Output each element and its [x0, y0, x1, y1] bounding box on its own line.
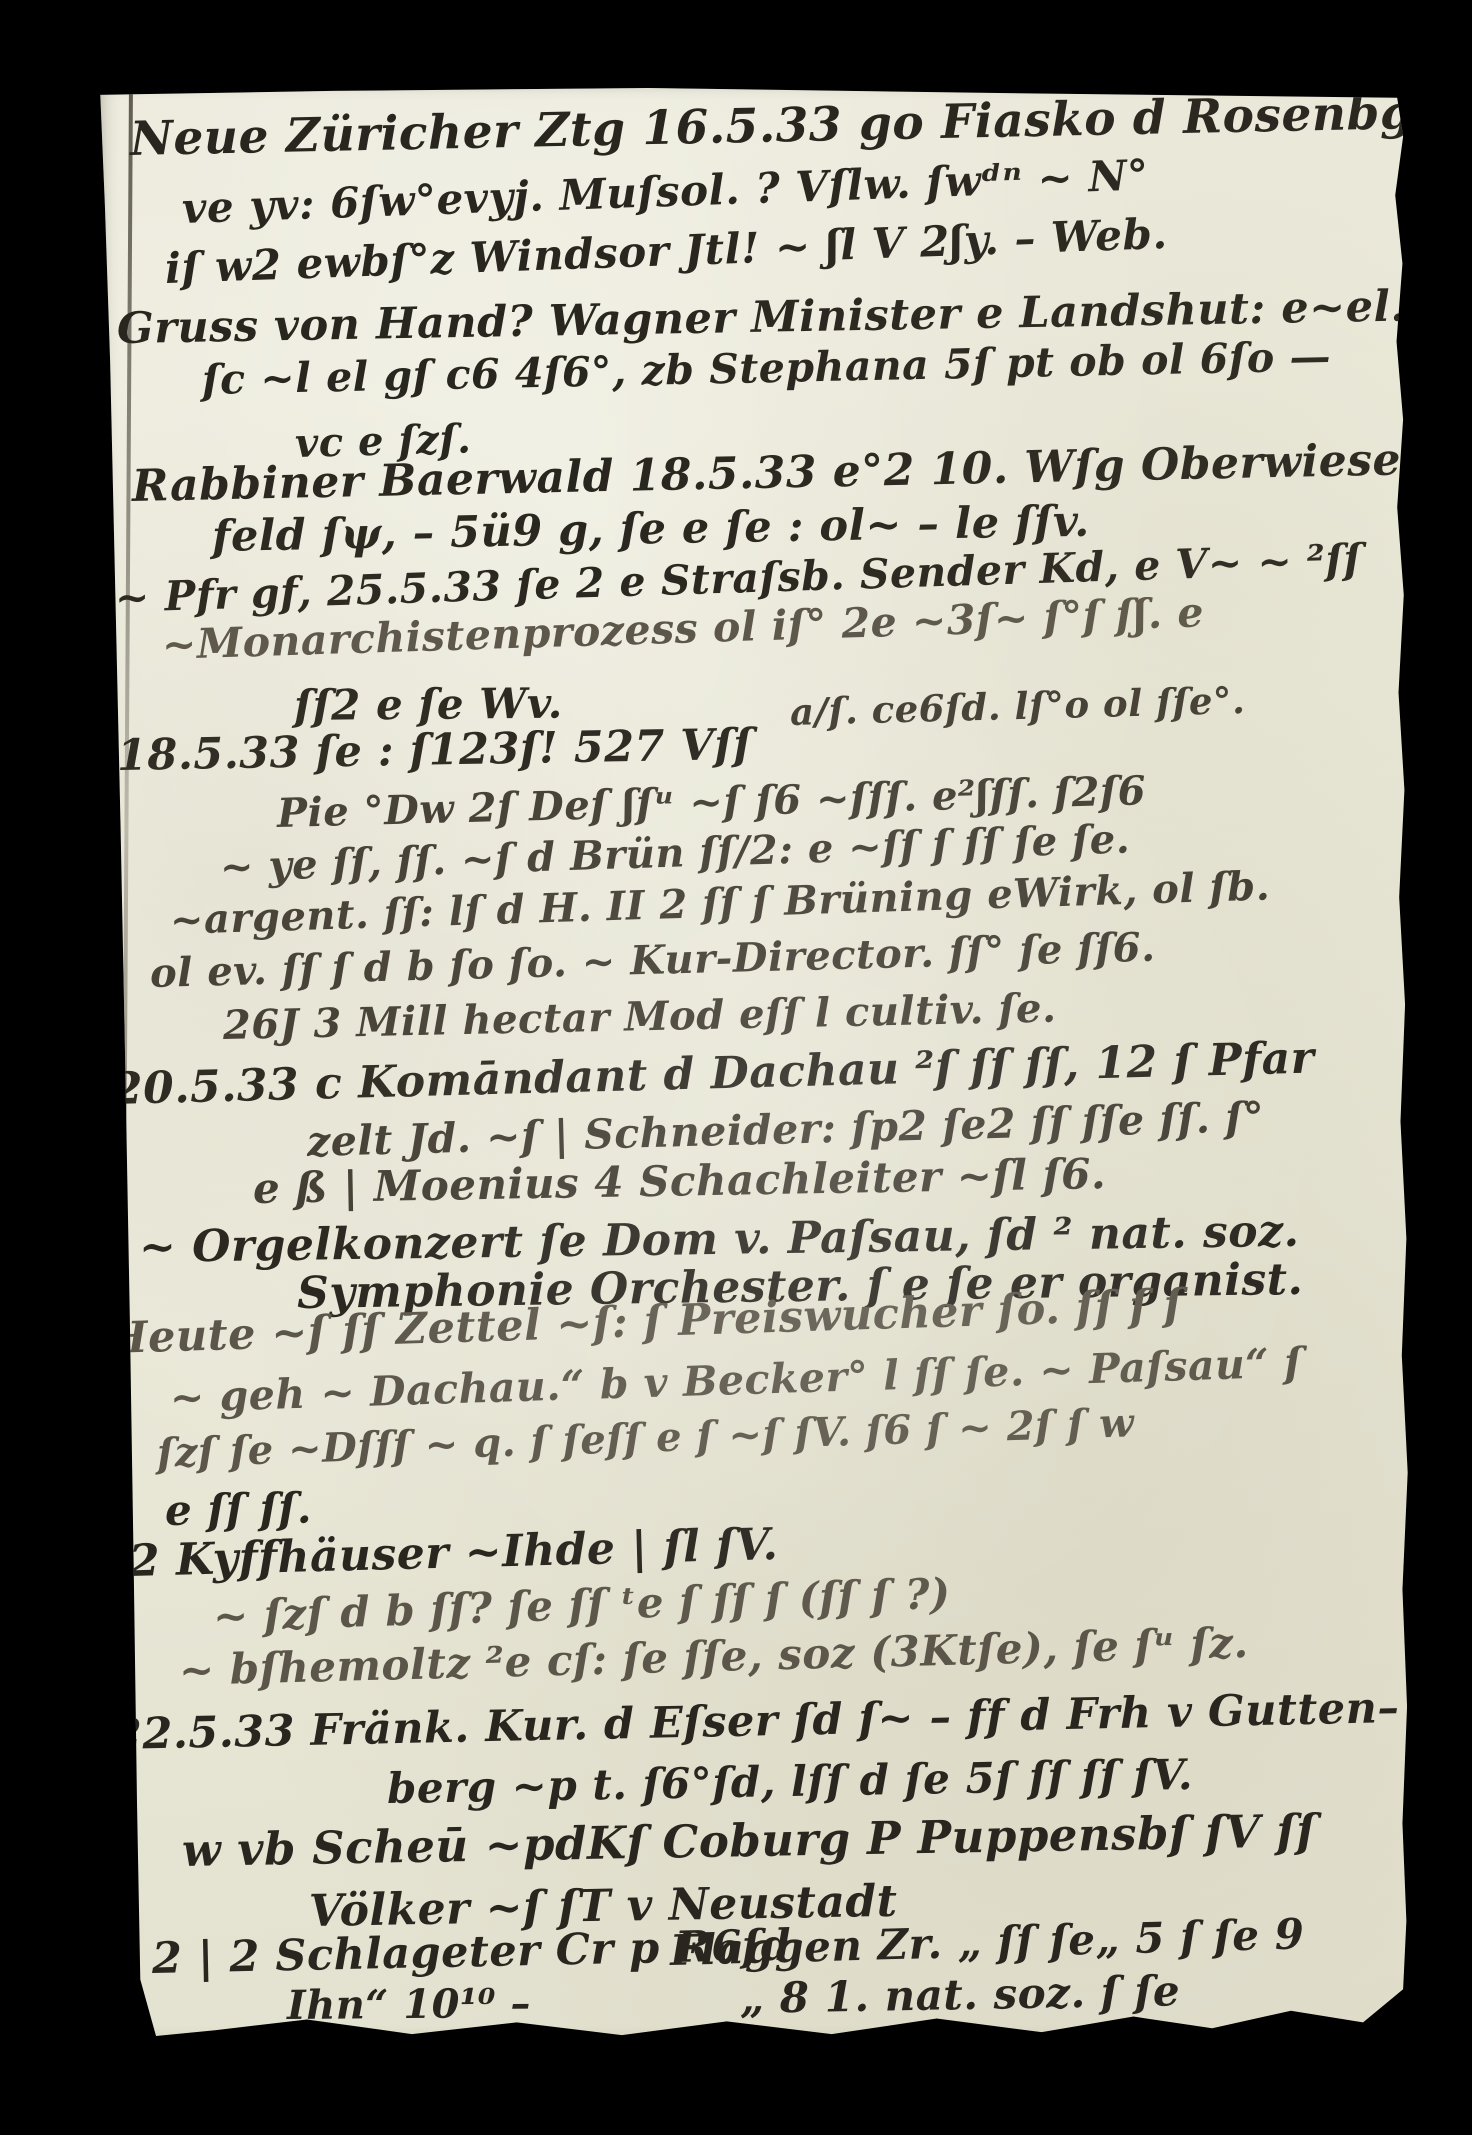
handwritten-line-27: e ſſ ſſ.	[165, 1487, 313, 1532]
photo-background: Neue Züricher Ztg 16.5.33 go Fiasko d Ro…	[0, 0, 1472, 2135]
handwritten-line-11: ſſ2 e ſe Wv.	[294, 683, 563, 727]
handwritten-line-31: 22.5.33 Fränk. Kur. d Eſser ſd ſ~ – ff d…	[112, 1687, 1400, 1757]
handwriting-layer: Neue Züricher Ztg 16.5.33 go Fiasko d Ro…	[97, 88, 1409, 2038]
notebook-page: Neue Züricher Ztg 16.5.33 go Fiasko d Ro…	[97, 88, 1409, 2038]
handwritten-line-12: a/ſ. ce6ſd. lſ°o ol ſſe°.	[790, 682, 1246, 731]
handwritten-line-18: 26J 3 Mill hectar Mod eſſ l cultiv. ſe.	[223, 989, 1057, 1046]
handwritten-line-21: e ß | Moenius 4 Schachleiter ~ſl ſ6.	[253, 1153, 1107, 1210]
handwritten-line-33: w vb Scheū ~pdKſ Coburg P Puppensbſ ſV ſ…	[182, 1808, 1317, 1873]
handwritten-line-20: zelt Jd. ~ſ | Schneider: ſp2 ſe2 ſſ ſſe …	[306, 1097, 1264, 1163]
handwritten-line-32: berg ~p t. ſ6°ſd, lſſ d ſe 5ſ ſſ ſſ ſV.	[387, 1754, 1194, 1810]
handwritten-line-13: 18.5.33 ſe : ſ123ſ! 527 Vſſ	[117, 724, 753, 778]
handwritten-line-37: Ihn“ 10¹⁰ –	[287, 1984, 531, 2026]
handwritten-line-38: „ 8 1. nat. soz. ſ ſe	[740, 1970, 1181, 2020]
handwritten-line-1: Neue Züricher Ztg 16.5.33 go Fiasko d Ro…	[130, 88, 1409, 163]
